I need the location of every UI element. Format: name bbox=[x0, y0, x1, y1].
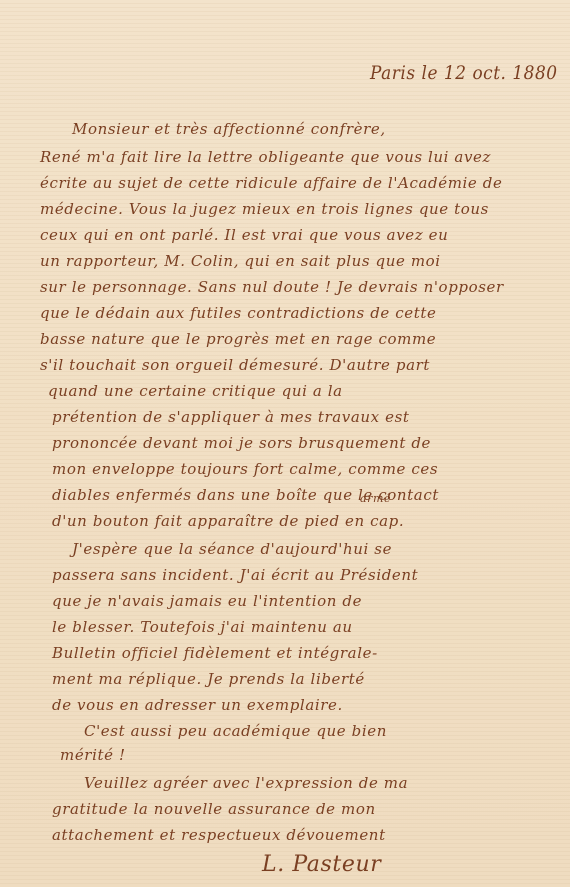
letter-line: le blesser. Toutefois j'ai maintenu au bbox=[52, 618, 353, 636]
letter-line: gratitude la nouvelle assurance de mon bbox=[52, 800, 376, 818]
letter-line: que le dédain aux futiles contradictions… bbox=[40, 304, 436, 322]
salutation: Monsieur et très affectionné confrère, bbox=[72, 120, 386, 138]
letter-line: mon enveloppe toujours fort calme, comme… bbox=[52, 460, 438, 478]
letter-line: s'il touchait son orgueil démesuré. D'au… bbox=[40, 356, 430, 374]
letter-line: J'espère que la séance d'aujourd'hui se bbox=[72, 540, 392, 558]
interlinear-insertion: armé bbox=[360, 492, 391, 505]
letter-line: Veuillez agréer avec l'expression de ma bbox=[84, 774, 408, 792]
letter-line: prétention de s'appliquer à mes travaux … bbox=[52, 408, 410, 426]
letter-line: passera sans incident. J'ai écrit au Pré… bbox=[52, 566, 418, 584]
letter-line: ceux qui en ont parlé. Il est vrai que v… bbox=[40, 226, 448, 244]
letter-line: que je n'avais jamais eu l'intention de bbox=[52, 592, 362, 610]
letter-line: sur le personnage. Sans nul doute ! Je d… bbox=[40, 278, 504, 296]
letter-line: ment ma réplique. Je prends la liberté bbox=[52, 670, 365, 688]
letter-line: C'est aussi peu académique que bien bbox=[84, 722, 387, 740]
letter-line: quand une certaine critique qui a la bbox=[48, 382, 343, 400]
letter-line: d'un bouton fait apparaître de pied en c… bbox=[52, 512, 404, 530]
letter-line: mérité ! bbox=[60, 746, 126, 764]
letter-line: Bulletin officiel fidèlement et intégral… bbox=[52, 644, 378, 662]
letter-line: un rapporteur, M. Colin, qui en sait plu… bbox=[40, 252, 441, 270]
letter-line: René m'a fait lire la lettre obligeante … bbox=[40, 148, 491, 166]
signature: L. Pasteur bbox=[262, 852, 381, 877]
letter-page: Paris le 12 oct. 1880 Monsieur et très a… bbox=[0, 0, 570, 887]
letter-line: attachement et respectueux dévouement bbox=[52, 826, 386, 844]
letter-line: médecine. Vous la jugez mieux en trois l… bbox=[40, 200, 489, 218]
letter-line: basse nature que le progrès met en rage … bbox=[40, 330, 436, 348]
dateline: Paris le 12 oct. 1880 bbox=[370, 62, 558, 84]
letter-line: écrite au sujet de cette ridicule affair… bbox=[40, 174, 502, 192]
letter-line: prononcée devant moi je sors brusquement… bbox=[52, 434, 431, 452]
letter-line: de vous en adresser un exemplaire. bbox=[52, 696, 343, 714]
